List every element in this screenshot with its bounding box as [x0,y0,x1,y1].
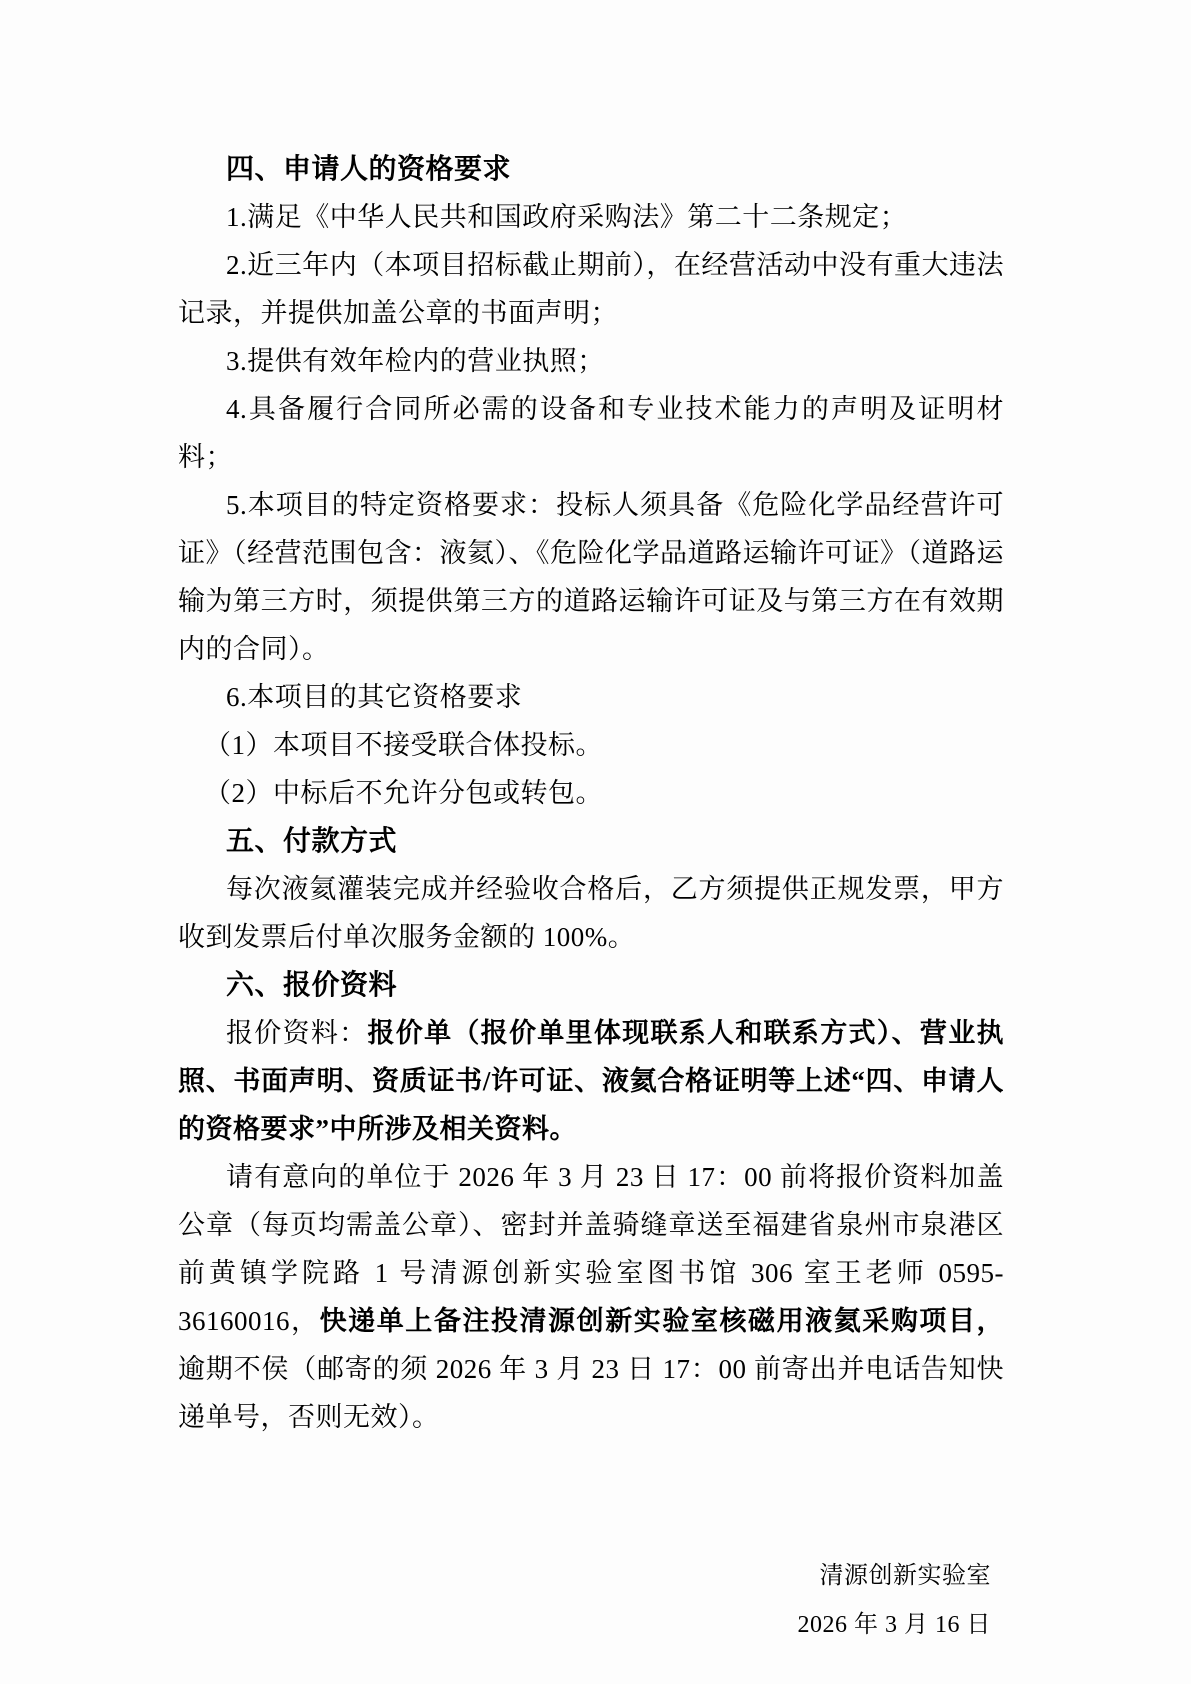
quotation-materials-paragraph: 报价资料：报价单（报价单里体现联系人和联系方式）、营业执照、书面声明、资质证书/… [178,1009,1004,1153]
qualification-item-1: 1.满足《中华人民共和国政府采购法》第二十二条规定； [178,193,1004,241]
quotation-materials-label: 报价资料： [226,1018,367,1048]
section-heading-quotation-materials: 六、报价资料 [178,961,1004,1009]
submission-overdue-clause: 逾期不侯（邮寄的须 2026 年 3 月 23 日 17：00 前寄出并电话告知… [178,1354,1004,1432]
qualification-item-2: 2.近三年内（本项目招标截止期前），在经营活动中没有重大违法记录，并提供加盖公章… [178,241,1004,337]
qualification-item-6: 6.本项目的其它资格要求 [178,673,1004,721]
signature-date: 2026 年 3 月 16 日 [178,1601,991,1650]
qualification-item-6-sub-2: （2）中标后不允许分包或转包。 [178,769,1004,817]
qualification-item-6-sub-1: （1）本项目不接受联合体投标。 [178,721,1004,769]
section-heading-applicant-qualifications: 四、申请人的资格要求 [178,145,1004,193]
qualification-item-5: 5.本项目的特定资格要求：投标人须具备《危险化学品经营许可证》（经营范围包含：液… [178,481,1004,673]
document-page: 四、申请人的资格要求 1.满足《中华人民共和国政府采购法》第二十二条规定； 2.… [0,0,1191,1684]
submission-instructions-paragraph: 请有意向的单位于 2026 年 3 月 23 日 17：00 前将报价资料加盖公… [178,1153,1004,1441]
section-heading-payment-method: 五、付款方式 [178,817,1004,865]
qualification-item-4: 4.具备履行合同所必需的设备和专业技术能力的声明及证明材料； [178,385,1004,481]
courier-note-bold: 快递单上备注投清源创新实验室核磁用液氦采购项目， [320,1306,1004,1336]
payment-method-paragraph: 每次液氦灌装完成并经验收合格后，乙方须提供正规发票，甲方收到发票后付单次服务金额… [178,865,1004,961]
qualification-item-3: 3.提供有效年检内的营业执照； [178,337,1004,385]
document-body: 四、申请人的资格要求 1.满足《中华人民共和国政府采购法》第二十二条规定； 2.… [178,145,1004,1650]
signature-block: 清源创新实验室 2026 年 3 月 16 日 [178,1552,1004,1650]
signature-organization: 清源创新实验室 [178,1552,991,1601]
